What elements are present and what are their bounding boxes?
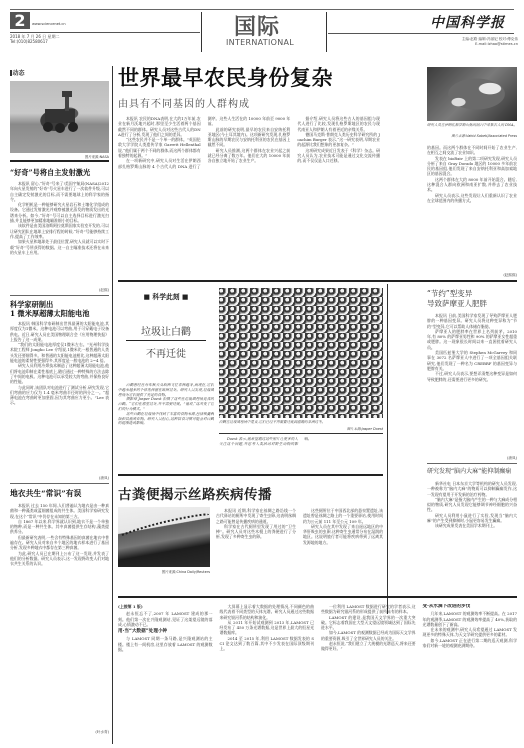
curiosity-byline: (赵熙) — [10, 288, 109, 293]
paragraph: 新华社电 日本东京大学等机构的研究人员发现,一种被称为“脑内大麻”的物质可以抑制… — [427, 481, 517, 497]
storks-photo-caption: 白鹳在垃圾填埋场中觅食,它们已经不再需要迁徙到温暖的非洲过冬。 — [219, 420, 383, 425]
lichen-byline: (叶水青) — [10, 730, 109, 735]
paragraph: 为此,研究人员已在期刊上公布了这一发现,并发表了他们的分析数据。研究人员表示,这… — [10, 551, 109, 567]
solar-cell-article-body: 本报讯 韩国科学家研制出世界最薄的太阳能电池,其厚度仅为1微米。这种电池可以弯曲… — [10, 321, 109, 458]
lead-subheadline: 由具有不同基因的人群构成 — [118, 95, 250, 110]
right-column-rule — [387, 284, 388, 614]
paragraph: 这项研究成果近日发表于《科学》杂志。研究人员认为,农业技术可能是通过文化交流传播… — [297, 148, 380, 164]
paragraph: 这些厕所位于中国西北部的悬泉置遗址,该遗址曾是丝绸之路上的一个重要驿站,使用时间… — [303, 508, 383, 524]
paragraph: “我们的太阳能电池厚度仅1微米左右。”光州科学技术院工程师 Jongho Lee… — [10, 342, 109, 363]
headline-line: 科学家研制出 — [10, 300, 109, 309]
paragraph: 本报讯 韩国科学家研制出世界最薄的太阳能电池,其厚度仅为1微米。这种电池可以弯曲… — [10, 321, 109, 342]
paragraph: 化学相机是一种能够研究火星岩石和土壤化学组成的设备。它通过发射激光并观察被激光蒸… — [10, 202, 109, 223]
lead-article-body: 本报讯 农民的DNA表明,在大约1万年前,农业在新月沃地兴起时,那里至少生活着两… — [118, 116, 380, 276]
divider — [10, 483, 109, 484]
paragraph: 本报讯 留心,“好奇”号来了!美国宇航局(NASA)2012年向火星发射的“好奇… — [10, 181, 109, 202]
storks-landfill-photo — [219, 288, 383, 418]
paragraph: 如今,LAMOST 的观测数据已经成为国际天文学界的重要资源,吸引了全世界研究人… — [321, 630, 416, 641]
camel-photo-credit: 图片来源:China Daily/Reuters — [118, 569, 210, 574]
left-column-rule — [112, 66, 113, 744]
samoa-headline[interactable]: “节约”型变异 导致萨摩亚人肥胖 — [427, 289, 517, 309]
paragraph: 几年来,LAMOST 的观测效率不断提高。在 2017 年的观测季,LAMOST… — [423, 611, 518, 627]
paragraph: 该研究成果发表在美国学术期刊上。 — [427, 523, 517, 528]
headline-line: 导致萨摩亚人肥胖 — [427, 299, 517, 309]
lead-article-body-right: 的基因。而这两个群体在不同时间开始了农业生产,在相互之间交流了农业知识。 发表在… — [427, 145, 517, 273]
paragraph: 本报讯 过去 150 年间,人们普遍认为地衣是由一种真菌和一种藻类或蓝细菌组成的… — [10, 503, 109, 519]
lead-byline: (赵熙熙) — [427, 273, 517, 278]
section-subtitle: INTERNATIONAL — [226, 38, 294, 47]
science-moment-bottom-rule — [118, 474, 383, 476]
paragraph: 研究人员在其中发现了来自遥远地区的中华肝吸虫的虫卵,这种寄生虫通常分布在湿润的地… — [303, 524, 383, 545]
section-title: 国际 — [234, 10, 280, 41]
lead-headline[interactable]: 世界最早农民身份复杂 — [118, 62, 333, 92]
science-moment-title-line2[interactable]: 不再迁徙 — [118, 345, 214, 360]
paragraph: 赵永恒忘不了,2007 年 LAMOST 建成的那一刻。他们第一次在兴隆观测站,… — [118, 611, 213, 627]
paragraph: 赵永恒说,“我们建立了大规模的光谱巡天,将来还要做得更好。” — [321, 641, 416, 652]
paragraph: 摄影师 Jasper Doest 拍摄了这些在垃圾填埋场觅食的白鹳。“它们在那里… — [118, 397, 214, 411]
paragraph: 德国马克斯·普朗克人类历史科学研究所的 Joachim Burger 表示,“这… — [297, 132, 380, 148]
curiosity-photo-credit: 图片来源:NASA — [10, 154, 109, 159]
paragraph: 据介绍,研究人员将这些古人的基因组与现代人进行了比较,发现扎格罗斯地区的农民与现… — [297, 116, 380, 132]
lichen-article-body: 本报讯 过去 150 年间,人们普遍认为地衣是由一种真菌和一种藻类或蓝细菌组成的… — [10, 503, 109, 729]
curiosity-article-body: 本报讯 留心,“好奇”号来了!美国宇航局(NASA)2012年向火星发射的“好奇… — [10, 181, 109, 289]
paragraph: 发表在 bioRxiv 上的第二项研究发现,研究人员分析了来自 Gray Dor… — [427, 156, 517, 177]
news-brief-label: 动态 — [10, 68, 25, 77]
samoa-article-body: 本报讯 日前,美国科学家发现了导致萨摩亚人肥胖的一种基因变异。研究人员将这种变异… — [427, 313, 517, 455]
masthead-divider-right — [326, 12, 327, 52]
curiosity-rover-photo — [10, 81, 109, 153]
paragraph: 从 2011 年开始试观测到 2013 年,LAMOST 已经发布了 450 万… — [220, 620, 315, 636]
paragraph: 研究人员表示,这些发现让人们重新认识了农业在全球范围内的传播方式。 — [427, 193, 517, 204]
newspaper-logo: 中国科学报 — [430, 12, 505, 32]
science-moment-body: 白鹳曾经在每年秋天从欧洲飞往非洲越冬,而现在,它们中越来越多的个体选择留在欧洲过… — [118, 383, 214, 465]
lead-bottom-rule — [118, 280, 517, 282]
epilepsy-headline[interactable]: 研究发现“脑内大麻”能抑制癫痫 — [427, 467, 522, 477]
paragraph: 在未来的观测中,研究人员希望通过 LAMOST 发现更多的特殊天体,为天文学研究… — [423, 627, 518, 638]
paragraph: 这些白鹳在垃圾场中找到了丰富的食物来源,包括残羹剩饭和其他废弃物。研究人员担心,… — [118, 412, 214, 426]
paragraph: 2014 至 2015 年,利用 LAMOST 数据发表的 SCI 论文达到了数… — [220, 636, 315, 652]
paragraph: 的基因。而这两个群体在不同时间开始了农业生产,在相互之间交流了农业知识。 — [427, 145, 517, 156]
lamost-article-body: (上接第 1 版) 赵永恒忘不了,2007 年 LAMOST 建成的那一刻。他们… — [118, 604, 517, 742]
zagros-cave-photo — [427, 67, 517, 121]
paragraph: “脑内大麻”是指大脑内产生的一种与大麻成分相似的物质,研究人员发现它能够调节神经… — [427, 497, 517, 513]
paragraph: 如果火星和地球处于最佳位置,研究人员就可以实时下载“好奇”号所获得的数据。这一自… — [10, 239, 109, 255]
paragraph: LAMOST 的建设,是我国天文学界的一次重大突破。它标志着我国在大型天文望远镜… — [321, 615, 416, 631]
paragraph: 白鹳曾经在每年秋天从欧洲飞往非洲越冬,而现在,它们中越来越多的个体选择留在欧洲过… — [118, 383, 214, 397]
solar-cell-headline[interactable]: 科学家研制出 1 微米厚超薄太阳能电池 — [10, 300, 109, 318]
science-moment-label: ■ 科学此刻 ■ — [118, 291, 214, 301]
continued-from-label: (上接第 1 版) — [118, 604, 213, 609]
paragraph: 研究人员利用小鼠进行了实验,发现当“脑内大麻”的产生受到抑制时,小鼠更容易发生癫… — [427, 513, 517, 524]
silk-road-bottom-rule — [118, 596, 517, 598]
paragraph: 如今,LAMOST 正在进行第二期的巡天观测,科学家们对新一轮的观测充满期待。 — [423, 638, 518, 649]
paragraph: 美国匹兹堡大学的 Stephen McGarvey 和同事在 3072 名萨摩亚… — [427, 350, 517, 371]
masthead-right-rule — [328, 33, 514, 34]
website-url[interactable]: www.sciencenet.cn — [32, 22, 66, 26]
paragraph: 一位利用 LAMOST 数据进行研究的学者表示,这些数据为研究银河系的形成提供了… — [321, 604, 416, 615]
page-number: 2 — [10, 12, 30, 29]
headline-line: 1 微米厚超薄太阳能电池 — [10, 309, 109, 318]
paragraph: 但最新研究表明,一些含有特殊基因的真菌在地衣中普遍存在。研究人员对来自多个地区的… — [10, 535, 109, 551]
tel-text: Tel:(010)82580617 — [10, 39, 59, 44]
zagros-photo-caption: 研究人员在伊朗扎格罗斯山脉的洞穴中采集古人的 DNA。 — [427, 123, 517, 128]
issue-date: 2018 年 7 月 26 日 星期二 Tel:(010)82580617 — [10, 34, 59, 44]
paragraph: 本报讯 近期,科学家在丝绸之路沿线一个古代驿站的厕所中发现了寄生虫卵,这表明丝绸… — [216, 508, 296, 524]
paragraph: 萨摩亚人的肥胖率在世界上名列前茅。2010 年,有 80% 的萨摩亚男性和 90… — [427, 329, 517, 350]
paragraph: 不过,研究人员表示,要想弄清楚这种变异是如何导致肥胖的,还需要进行更多的研究。 — [427, 371, 517, 382]
paragraph: 自 1867 年以来,科学界就认识到,地衣不是一个单独的物种,而是一种共生体。其… — [10, 519, 109, 535]
divider — [427, 463, 517, 464]
caravan-silhouette-icon — [118, 507, 210, 567]
divider — [10, 295, 109, 296]
editor-email[interactable]: E-mail:lzhao@stimes.cn — [430, 42, 518, 47]
masthead-divider-left — [201, 12, 202, 52]
science-moment-title-line1[interactable]: 垃圾让白鹳 — [118, 323, 214, 338]
zagros-photo-credit: 图片来源:Vahid Sabeti/Associated Press — [427, 133, 517, 138]
paragraph: 本报讯 日前,美国科学家发现了导致萨摩亚人肥胖的一种基因变异。研究人员将这种变异… — [427, 313, 517, 329]
camel-caravan-photo — [118, 507, 210, 567]
lichen-headline[interactable]: 地衣共生“常识”有误 — [10, 489, 109, 498]
title-fraction-rule — [126, 340, 206, 341]
label-bar-icon — [10, 70, 12, 76]
paragraph: Doest 表示,他希望通过这些照片让更多的人关注这个问题,并思考人类活动对野生… — [219, 437, 383, 447]
science-moment-body-continued: Doest 表示,他希望通过这些照片让更多的人关注这个问题,并思考人类活动对野生… — [219, 437, 383, 467]
headline-line: “节约”型变异 — [427, 289, 517, 299]
paragraph: 研究人员推测,这两个群体在农业兴起之前就已经分离了数万年。他们在大约 10000… — [208, 148, 291, 164]
lamost-subheading: 变·从水滴下改进的步伐 — [423, 604, 518, 609]
samoa-byline: (唐凤) — [427, 456, 517, 461]
paragraph: “这些农民并不是一个单一的群体。”英国伦敦大学学院人类遗传学家 Garrett … — [118, 137, 201, 158]
curiosity-headline[interactable]: “好奇”号将自主发射激光 — [10, 168, 109, 177]
paragraph: 与 LAMOST 同期一条马路,是兴隆观测站的主楼。楼上有一间机房,这里存放着 … — [118, 636, 213, 652]
epilepsy-article-body: 新华社电 日本东京大学等机构的研究人员发现,一种被称为“脑内大麻”的物质可以抑制… — [427, 481, 517, 599]
masthead-left-rule — [10, 32, 200, 33]
paragraph: 与此同时,该团队对电池进行了测试分析,研究发现,它们弯曲的应力仅为 1.4 毫米… — [10, 385, 109, 406]
left-story-divider — [10, 160, 109, 162]
paragraph: 此前的研究表明,最早的农民来自安纳托利亚地区(今土耳其境内)。这项新研究发现,扎… — [208, 127, 291, 148]
paragraph: 研究人员利用冷焊技术制造了这种超薄太阳能电池,他们将电池印制在柔性基底上,随后通… — [10, 363, 109, 384]
rover-illustration-icon — [10, 81, 109, 153]
paragraph: 大屏幕上显示着大数据的处理情况,不同颜色的曲线代表着不同类型的天体光谱。研究人员… — [220, 604, 315, 620]
solar-cell-byline: (唐凤) — [10, 476, 109, 481]
editor-credits: 主编:赵路 编辑:冯丽妃 校对:傅克伟 E-mail:lzhao@stimes.… — [430, 37, 518, 47]
divider — [219, 433, 383, 434]
storks-photo-credit: 图片来源:Jasper Doest — [219, 426, 383, 431]
paragraph: 这两个群体在大约 8000 年前开始混合。随后,这种混合人群向欧洲和南亚扩散,并… — [427, 177, 517, 193]
lamost-subheading: 用·当“大数据”处理小钟 — [118, 629, 213, 634]
paragraph: 该软件是由美国洛斯阿拉莫斯国家实验室开发的,可以让研究团队在地球上安排行程的时候… — [10, 223, 109, 239]
paragraph: 本报讯 农民的DNA表明,在大约1万年前,农业在新月沃地兴起时,那里至少生活着两… — [118, 116, 201, 137]
paragraph: 科学家在古代厕所里发现了用过的“卫生棒”。研究人员对这些木棍上的粪便进行了分析,… — [216, 524, 296, 540]
silk-road-headline[interactable]: 古粪便揭示丝路疾病传播 — [118, 483, 272, 503]
silk-road-article-body: 本报讯 近期,科学家在丝绸之路沿线一个古代驿站的厕所中发现了寄生虫卵,这表明丝绸… — [216, 508, 383, 578]
news-brief-label-text: 动态 — [13, 70, 25, 77]
